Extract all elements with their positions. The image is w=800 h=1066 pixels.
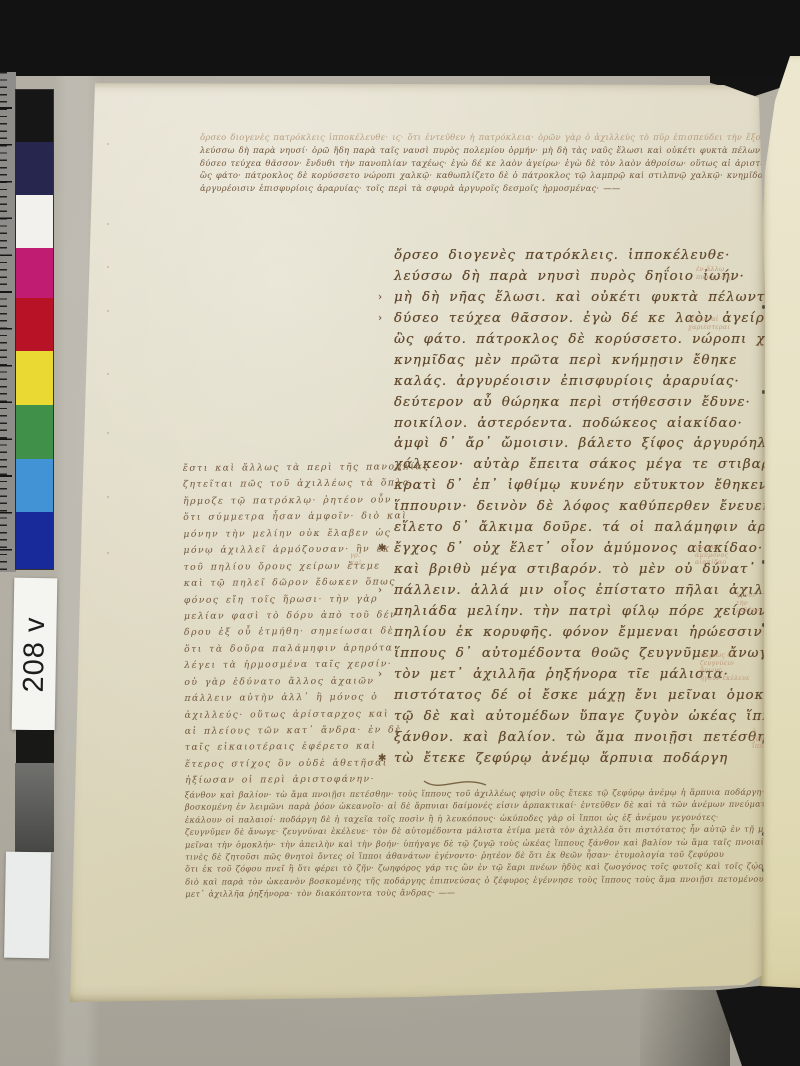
- critical-sign-icon: ›: [378, 313, 382, 324]
- calibration-patch-black: [16, 90, 53, 142]
- line-text: κρατὶ δ᾽ ἐπ᾽ ἰφθίμῳ κυνέην εὔτυκτον ἔθηκ…: [394, 478, 768, 493]
- verse-line: εἵλετο δ᾽ ἄλκιμα δοῦρε. τά οἱ παλάμηφιν …: [394, 520, 800, 541]
- marginal-gloss: ταχέως δὲζευγνύεινἄνωγεἤγουν ἐκέλευε: [700, 652, 750, 682]
- calibration-gray-patch: [15, 763, 54, 852]
- line-text: τινὲς δὲ ζητοῦσι πῶς θνητοὶ ὄντες οἱ ἵππ…: [185, 849, 724, 862]
- verse-line: ποικίλον. ἀστερόεντα. ποδώκεος αἰακίδαο·: [394, 416, 800, 437]
- verse-line: κνημῖδας μὲν πρῶτα περὶ κνήμῃσιν ἔθηκε: [394, 353, 800, 374]
- line-text: ἀμφὶ δ᾽ ἄρ᾽ ὤμοισιν. βάλετο ξίφος ἀργυρό…: [394, 436, 785, 451]
- scholion-line: ὣς φάτο· πάτροκλος δὲ κορύσσετο νώροπι χ…: [200, 170, 800, 183]
- scholion-line: ζητεῖται πῶς τοῦ ἀχιλλέως τὰ ὅπλα: [183, 478, 430, 496]
- ruler-major-ticks: [0, 72, 12, 572]
- scribal-flourish: [420, 774, 490, 794]
- line-text: ὣς φάτο· πάτροκλος δὲ κορύσσετο νώροπι χ…: [200, 170, 800, 180]
- marginal-gloss: ἐν ἄλλῳπυρὸς ἰωή: [696, 266, 731, 281]
- scholion-line: φόνος εἴη τοῖς ἥρωσι· τὴν γὰρ: [184, 593, 431, 611]
- verse-line: ὄρσεο διογενὲς πατρόκλεις. ἱπποκέλευθε·: [394, 248, 800, 269]
- verse-line: ἵππουριν· δεινὸν δὲ λόφος καθύπερθεν ἔνε…: [394, 499, 800, 520]
- gloss-line: πυρὸς ἰωή: [696, 274, 731, 282]
- line-text: ἔστι καὶ ἄλλως τὰ περὶ τῆς πανοπλίας: [183, 461, 430, 474]
- scholion-line: ἔστι καὶ ἄλλως τὰ περὶ τῆς πανοπλίας: [183, 461, 430, 479]
- calibration-patch-magenta: [16, 248, 53, 298]
- line-text: μόνην τὴν μελίην οὐκ ἔλαβεν ὡς: [183, 527, 391, 539]
- parchment-page-208v: ὄρσεο διογενὲς πατρόκλεις ἱπποκέλευθε· ι…: [68, 82, 768, 1004]
- line-text: πιστότατος δέ οἱ ἔσκε μάχῃ ἔνι μεῖναι ὁμ…: [394, 688, 797, 703]
- verse-line: ✱ἔγχος δ᾽ οὐχ ἕλετ᾽ οἶον ἀμύμονος αἰακίδ…: [394, 541, 800, 562]
- line-text: λεύσσω δὴ παρὰ νηυσὶ πυρὸς δηΐοιο ἰωήν·: [394, 269, 745, 284]
- calibration-patch-yellow: [16, 351, 53, 405]
- line-text: ποικίλον. ἀστερόεντα. ποδώκεος αἰακίδαο·: [394, 416, 743, 431]
- scholion-line: δύσεο τεύχεα θᾶσσον· ἔνδυθι τὴν πανοπλία…: [200, 158, 800, 171]
- verse-line: ὣς φάτο. πάτροκλος δὲ κορύσσετο. νώροπι …: [394, 332, 800, 353]
- verse-line: καὶ βριθὺ μέγα στιβαρόν. τὸ μὲν οὐ δύνατ…: [394, 562, 800, 583]
- gloss-line: καὶ: [350, 560, 362, 568]
- calibration-patch-green: [16, 405, 53, 459]
- sewing-hole: [762, 305, 765, 309]
- calibration-patch-light-blue: [16, 459, 53, 512]
- color-calibration-bar: [16, 90, 53, 569]
- scholion-line: τοῦ πηλίου ὄρους χείρων ἔτεμε: [184, 560, 431, 578]
- gloss-line: ἤγουν ἐκέλευε: [700, 675, 750, 683]
- ruler-scale: [0, 72, 16, 572]
- line-text: ὣς φάτο. πάτροκλος δὲ κορύσσετο. νώροπι …: [394, 332, 800, 347]
- pricking-hole: [107, 432, 109, 434]
- bottom-margin-scholia: ξάνθον καὶ βαλίον· τὼ ἅμα πνοιῇσι πετέσθ…: [185, 786, 800, 901]
- calibration-patch-white: [16, 195, 53, 248]
- verse-line: τῷ δὲ καὶ αὐτομέδων ὕπαγε ζυγὸν ὠκέας ἵπ…: [394, 709, 800, 730]
- verse-line: ἀμφὶ δ᾽ ἄρ᾽ ὤμοισιν. βάλετο ξίφος ἀργυρό…: [394, 436, 800, 457]
- scholion-line: αἱ πλείους τῶν κατ᾽ ἄνδρα· ἐν δὲ: [185, 724, 432, 742]
- marginal-gloss: ἤγουντὴν μελίαν: [736, 592, 768, 615]
- calibration-patch-crimson: [16, 298, 53, 351]
- line-text: ἀχιλλεύς· οὕτως ἀρίσταρχος καὶ: [185, 708, 390, 720]
- folio-number-label: 208 v: [12, 578, 58, 731]
- scholion-line: οὐ γὰρ ἐδύνατο ἄλλος ἀχαιῶν: [184, 675, 431, 693]
- line-text: διὸ καὶ παρὰ τὸν ὠκεανὸν βοσκομένης τῆς …: [185, 873, 771, 886]
- folio-number-text: 208 v: [17, 616, 51, 693]
- pricking-hole: [107, 373, 109, 375]
- line-text: πηλιάδα μελίην. τὴν πατρὶ φίλῳ πόρε χείρ…: [394, 604, 768, 619]
- line-text: ἕτερος στίχος ὃν οὐδὲ ἀθετῆσαι: [185, 757, 388, 769]
- photograph-of-manuscript-folio: ὄρσεο διογενὲς πατρόκλεις ἱπποκέλευθε· ι…: [0, 0, 800, 1066]
- scholion-line: μετ᾽ ἀχιλλῆα ῥηξήνορα· τὸν διακόπτοντα τ…: [185, 885, 800, 901]
- facing-page-edge: [760, 56, 800, 988]
- line-text: μὴ δὴ νῆας ἕλωσι. καὶ οὐκέτι φυκτὰ πέλων…: [394, 290, 787, 305]
- line-text: τὸν μετ᾽ ἀχιλλῆα ῥηξήνορα τῖε μάλιστα·: [394, 667, 729, 682]
- calibration-patch-dark-navy: [16, 142, 53, 195]
- gloss-line: τὴν μελίαν: [736, 600, 768, 615]
- line-text: ἥρμοζε τῷ πατρόκλῳ· ῥητέον οὖν: [183, 494, 392, 506]
- scholion-line: πάλλειν αὐτὴν ἀλλ᾽ ἢ μόνος ὁ: [184, 691, 431, 709]
- scholion-line: ὄρσεο διογενὲς πατρόκλεις ἱπποκέλευθε· ι…: [200, 132, 800, 145]
- pricking-hole: [107, 552, 109, 554]
- line-text: ταῖς εἰκαιοτέραις ἐφέρετο καὶ: [185, 741, 377, 753]
- cloth-shadow: [640, 990, 730, 1066]
- verse-line: ›μὴ δὴ νῆας ἕλωσι. καὶ οὐκέτι φυκτὰ πέλω…: [394, 290, 800, 311]
- line-text: λεύσσω δὴ παρὰ νηυσί· ὁρῶ ἤδη παρὰ ταῖς …: [200, 145, 800, 155]
- line-text: μεῖναι τὴν ὁμοκλήν· τὴν ἀπειλὴν καὶ τὴν …: [185, 836, 800, 849]
- pricking-hole: [107, 143, 109, 145]
- pricking-hole: [107, 223, 109, 225]
- line-text: τῷ δὲ καὶ αὐτομέδων ὕπαγε ζυγὸν ὠκέας ἵπ…: [394, 709, 799, 724]
- line-text: λέγει τὰ ἡρμοσμένα ταῖς χερσίν·: [184, 659, 392, 671]
- pricking-hole: [107, 496, 109, 498]
- top-margin-scholia: ὄρσεο διογενὲς πατρόκλεις ἱπποκέλευθε· ι…: [200, 132, 800, 196]
- calibration-white-patch: [4, 852, 51, 959]
- line-text: μετ᾽ ἀχιλλῆα ῥηξήνορα· τὸν διακόπτοντα τ…: [185, 887, 455, 898]
- scholion-line: ἀχιλλεύς· οὕτως ἀρίσταρχος καὶ: [185, 708, 432, 726]
- line-text: ἀργυρέοισιν ἐπισφυρίοις ἀραρυίας· τοῖς π…: [200, 183, 621, 193]
- scholion-line: δρου ἐξ οὗ ἐτμήθη· σημείωσαι δὲ: [184, 626, 431, 644]
- line-text: ὅτι ἐκ τοῦ ζόφου πνεῖ ἢ ὅτι φέρει τὸ ζῆν…: [185, 861, 800, 874]
- scholion-line: λέγει τὰ ἡρμοσμένα ταῖς χερσίν·: [184, 658, 431, 676]
- verse-line: χάλκεον· αὐτὰρ ἔπειτα σάκος μέγα τε στιβ…: [394, 457, 800, 478]
- scholion-line: ἕτερος στίχος ὃν οὐδὲ ἀθετῆσαι: [185, 757, 432, 775]
- scholion-line: ὅτι τὰ δοῦρα παλάμηφιν ἀρηρότα: [184, 642, 431, 660]
- verse-line: δεύτερον αὖ θώρηκα περὶ στήθεσσιν ἔδυνε·: [394, 395, 800, 416]
- verse-line: ✱τὼ ἔτεκε ζεφύρῳ ἀνέμῳ ἅρπυια ποδάργη: [394, 751, 800, 772]
- scholion-line: ταῖς εἰκαιοτέραις ἐφέρετο καὶ: [185, 741, 432, 759]
- verse-line: πηλίου ἐκ κορυφῆς. φόνον ἔμμεναι ἡρώεσσι…: [394, 625, 800, 646]
- verse-line: πιστότατος δέ οἱ ἔσκε μάχῃ ἔνι μεῖναι ὁμ…: [394, 688, 800, 709]
- line-text: αἱ πλείους τῶν κατ᾽ ἄνδρα· ἐν δὲ: [185, 724, 402, 737]
- line-text: χάλκεον· αὐτὰρ ἔπειτα σάκος μέγα τε στιβ…: [394, 457, 800, 472]
- line-text: κνημῖδας μὲν πρῶτα περὶ κνήμῃσιν ἔθηκε: [394, 353, 737, 368]
- line-text: ἠξίωσαν οἱ περὶ ἀριστοφάνην·: [185, 774, 375, 786]
- line-text: φόνος εἴη τοῖς ἥρωσι· τὴν γὰρ: [184, 593, 378, 605]
- calibration-patch-dark-blue: [16, 512, 53, 569]
- line-text: βοσκομένη ἐν λειμῶνι παρὰ ῥόον ὠκεανοῖο·…: [185, 799, 800, 812]
- line-text: εἵλετο δ᾽ ἄλκιμα δοῦρε. τά οἱ παλάμηφιν …: [394, 520, 800, 535]
- verse-line: ›δύσεο τεύχεα θᾶσσον. ἐγὼ δέ κε λαὸν ἀγε…: [394, 311, 800, 332]
- marginal-gloss: γρ.καὶ: [350, 552, 362, 567]
- scholion-line: ὅτι σύμμετρα ἦσαν ἀμφοῖν· διὸ καὶ: [183, 510, 430, 528]
- line-text: καὶ βριθὺ μέγα στιβαρόν. τὸ μὲν οὐ δύνατ…: [394, 562, 800, 577]
- line-text: ὄρσεο διογενὲς πατρόκλεις. ἱπποκέλευθε·: [394, 248, 730, 263]
- line-text: καὶ τῷ πηλεῖ δῶρον ἔδωκεν ὅπως: [184, 576, 396, 588]
- line-text: ἐκάλουν οἱ παλαιοί· ποδάργη δὲ ἡ ταχεῖα …: [185, 812, 719, 825]
- scholion-line: μόνην τὴν μελίην οὐκ ἔλαβεν ὡς: [183, 527, 430, 545]
- gloss-line: αἰακίδαο: [695, 559, 728, 567]
- scholion-line: λεύσσω δὴ παρὰ νηυσί· ὁρῶ ἤδη παρὰ ταῖς …: [200, 145, 800, 158]
- line-text: ὅτι τὰ δοῦρα παλάμηφιν ἀρηρότα: [184, 642, 393, 654]
- left-margin-scholia: ἔστι καὶ ἄλλως τὰ περὶ τῆς πανοπλίαςζητε…: [183, 461, 432, 791]
- main-text-iliad-16: ὄρσεο διογενὲς πατρόκλεις. ἱπποκέλευθε·λ…: [394, 248, 800, 771]
- marginal-gloss: γρ. καὶἀμύμονοςαἰακίδαο: [695, 544, 728, 567]
- line-text: ἵππουριν· δεινὸν δὲ λόφος καθύπερθεν ἔνε…: [394, 499, 777, 514]
- line-text: ὅτι σύμμετρα ἦσαν ἀμφοῖν· διὸ καὶ: [183, 511, 407, 524]
- scholion-line: ἀργυρέοισιν ἐπισφυρίοις ἀραρυίας· τοῖς π…: [200, 183, 800, 196]
- sewing-hole: [762, 390, 765, 394]
- critical-sign-icon: ›: [378, 292, 382, 303]
- verse-line: λεύσσω δὴ παρὰ νηυσὶ πυρὸς δηΐοιο ἰωήν·: [394, 269, 800, 290]
- line-text: πάλλειν αὐτὴν ἀλλ᾽ ἢ μόνος ὁ: [184, 692, 378, 704]
- line-text: δεύτερον αὖ θώρηκα περὶ στήθεσσιν ἔδυνε·: [394, 395, 751, 410]
- line-text: πηλίου ἐκ κορυφῆς. φόνον ἔμμεναι ἡρώεσσι…: [394, 625, 768, 640]
- line-text: ξάνθον. καὶ βαλίον. τὼ ἅμα πνοιῇσι πετέσ…: [394, 730, 781, 745]
- pricking-hole: [107, 266, 109, 268]
- verse-line: κρατὶ δ᾽ ἐπ᾽ ἰφθίμῳ κυνέην εὔτυκτον ἔθηκ…: [394, 478, 800, 499]
- verse-line: ξάνθον. καὶ βαλίον. τὼ ἅμα πνοιῇσι πετέσ…: [394, 730, 800, 751]
- line-text: καλάς. ἀργυρέοισιν ἐπισφυρίοις ἀραρυίας·: [394, 374, 740, 389]
- line-text: ζητεῖται πῶς τοῦ ἀχιλλέως τὰ ὅπλα: [183, 478, 411, 491]
- verse-line: καλάς. ἀργυρέοισιν ἐπισφυρίοις ἀραρυίας·: [394, 374, 800, 395]
- scholion-line: μόνῳ ἀχιλλεῖ ἁρμόζουσαν· ἣν ἐκ: [183, 543, 430, 561]
- line-text: ζευγνῦμεν δὲ ἄνωγε· ζευγνύναι ἐκέλευε· τ…: [185, 824, 780, 837]
- line-text: δρου ἐξ οὗ ἐτμήθη· σημείωσαι δὲ: [184, 626, 394, 638]
- line-text: τὼ ἔτεκε ζεφύρῳ ἀνέμῳ ἅρπυια ποδάργη: [394, 751, 728, 766]
- calibration-black-patch: [16, 730, 54, 763]
- line-text: μελίαν φασὶ τὸ δόρυ ἀπὸ τοῦ δέν-: [184, 609, 402, 622]
- marginal-gloss: οὕτως αἱχαριέστεραι: [688, 316, 730, 331]
- backdrop-top-band: [0, 0, 800, 76]
- line-text: οὐ γὰρ ἐδύνατο ἄλλος ἀχαιῶν: [184, 675, 374, 687]
- scholion-line: καὶ τῷ πηλεῖ δῶρον ἔδωκεν ὅπως: [184, 576, 431, 594]
- line-text: ὄρσεο διογενὲς πατρόκλεις ἱπποκέλευθε· ι…: [200, 132, 800, 142]
- pricking-hole: [107, 310, 109, 312]
- gloss-line: χαριέστεραι: [688, 324, 730, 332]
- line-text: δύσεο τεύχεα θᾶσσον· ἔνδυθι τὴν πανοπλία…: [200, 158, 800, 168]
